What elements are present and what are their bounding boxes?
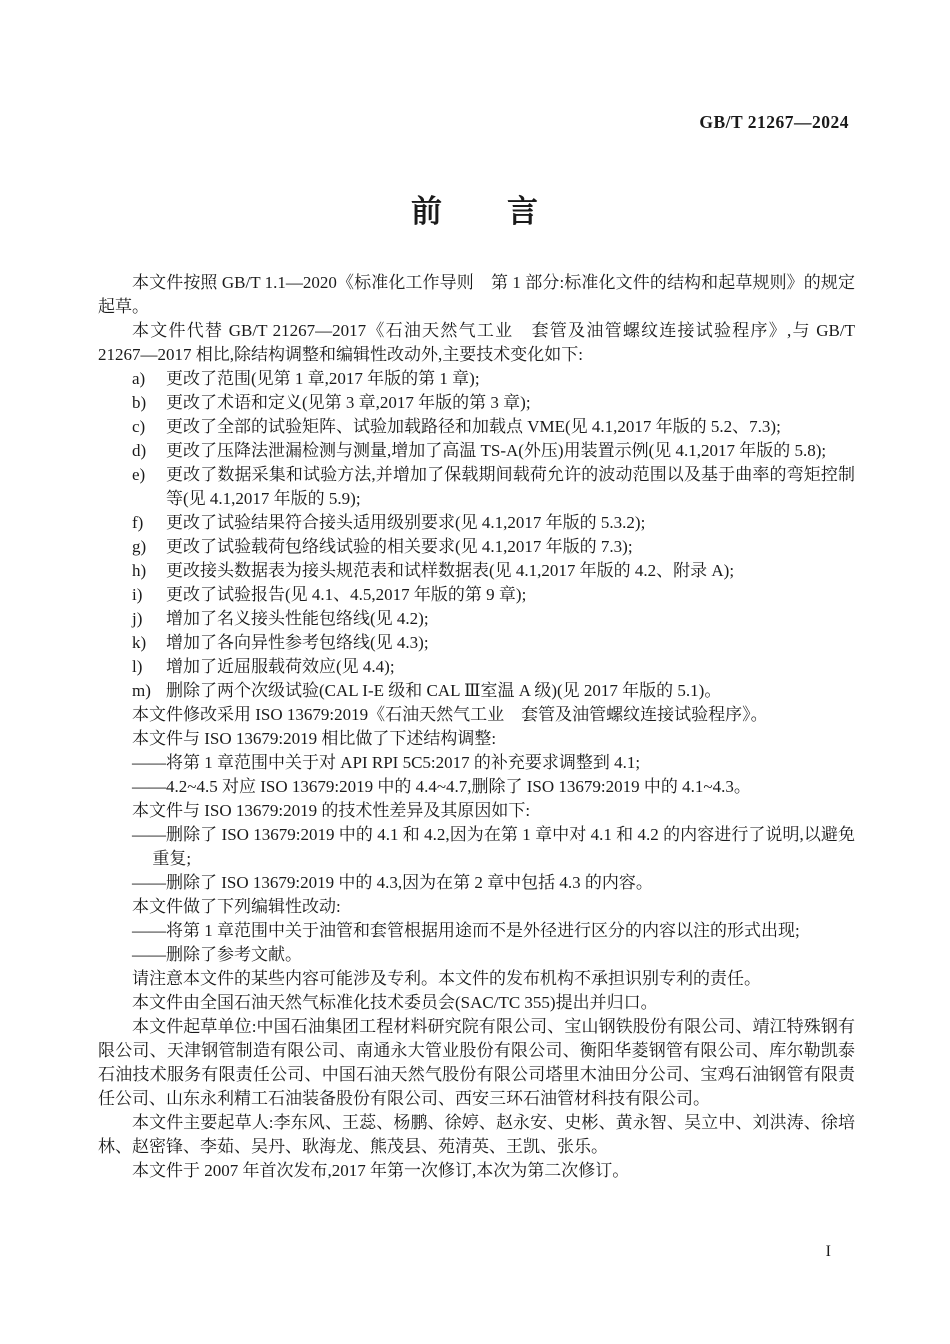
list-text: 增加了各向异性参考包络线(见 4.3); xyxy=(166,631,855,655)
paragraph-replace: 本文件代替 GB/T 21267—2017《石油天然气工业 套管及油管螺纹连接试… xyxy=(98,319,855,367)
list-marker: d) xyxy=(132,439,166,463)
paragraph-drafters: 本文件主要起草人:李东风、王蕊、杨鹏、徐婷、赵永安、史彬、黄永智、吴立中、刘洪涛… xyxy=(98,1111,855,1159)
change-item-i: i) 更改了试验报告(见 4.1、4.5,2017 年版的第 9 章); xyxy=(132,583,855,607)
paragraph-editorial-intro: 本文件做了下列编辑性改动: xyxy=(98,895,855,919)
list-text: 更改了压降法泄漏检测与测量,增加了高温 TS-A(外压)用装置示例(见 4.1,… xyxy=(166,439,855,463)
document-page: GB/T 21267—2024 前 言 本文件按照 GB/T 1.1—2020《… xyxy=(0,0,950,1344)
list-marker: g) xyxy=(132,535,166,559)
change-item-e: e) 更改了数据采集和试验方法,并增加了保载期间载荷允许的波动范围以及基于曲率的… xyxy=(132,463,855,511)
tech-difference-item: ——删除了 ISO 13679:2019 中的 4.1 和 4.2,因为在第 1… xyxy=(98,823,855,871)
paragraph-techdiff-intro: 本文件与 ISO 13679:2019 的技术性差异及其原因如下: xyxy=(98,799,855,823)
paragraph-drafting-organizations: 本文件起草单位:中国石油集团工程材料研究院有限公司、宝山钢铁股份有限公司、靖江特… xyxy=(98,1015,855,1111)
list-text: 更改了全部的试验矩阵、试验加载路径和加载点 VME(见 4.1,2017 年版的… xyxy=(166,415,855,439)
change-item-h: h) 更改接头数据表为接头规范表和试样数据表(见 4.1,2017 年版的 4.… xyxy=(132,559,855,583)
list-text: 更改了范围(见第 1 章,2017 年版的第 1 章); xyxy=(166,367,855,391)
structure-adjustment-item: ——4.2~4.5 对应 ISO 13679:2019 中的 4.4~4.7,删… xyxy=(98,775,855,799)
list-marker: m) xyxy=(132,679,166,703)
change-item-d: d) 更改了压降法泄漏检测与测量,增加了高温 TS-A(外压)用装置示例(见 4… xyxy=(132,439,855,463)
list-text: 更改了试验报告(见 4.1、4.5,2017 年版的第 9 章); xyxy=(166,583,855,607)
paragraph-basis: 本文件按照 GB/T 1.1—2020《标准化工作导则 第 1 部分:标准化文件… xyxy=(98,271,855,319)
change-item-k: k) 增加了各向异性参考包络线(见 4.3); xyxy=(132,631,855,655)
paragraph-patent-notice: 请注意本文件的某些内容可能涉及专利。本文件的发布机构不承担识别专利的责任。 xyxy=(98,967,855,991)
list-marker: a) xyxy=(132,367,166,391)
list-marker: c) xyxy=(132,415,166,439)
change-item-a: a) 更改了范围(见第 1 章,2017 年版的第 1 章); xyxy=(132,367,855,391)
change-item-j: j) 增加了名义接头性能包络线(见 4.2); xyxy=(132,607,855,631)
list-marker: i) xyxy=(132,583,166,607)
change-item-l: l) 增加了近屈服载荷效应(见 4.4); xyxy=(132,655,855,679)
change-item-c: c) 更改了全部的试验矩阵、试验加载路径和加载点 VME(见 4.1,2017 … xyxy=(132,415,855,439)
list-text: 更改了术语和定义(见第 3 章,2017 年版的第 3 章); xyxy=(166,391,855,415)
list-marker: k) xyxy=(132,631,166,655)
list-marker: j) xyxy=(132,607,166,631)
list-text: 更改了数据采集和试验方法,并增加了保载期间载荷允许的波动范围以及基于曲率的弯矩控… xyxy=(166,463,855,511)
change-item-m: m) 删除了两个次级试验(CAL I-E 级和 CAL Ⅲ室温 A 级)(见 2… xyxy=(132,679,855,703)
list-marker: b) xyxy=(132,391,166,415)
list-text: 增加了名义接头性能包络线(见 4.2); xyxy=(166,607,855,631)
list-marker: l) xyxy=(132,655,166,679)
standard-number: GB/T 21267—2024 xyxy=(699,112,849,132)
list-text: 更改了试验载荷包络线试验的相关要求(见 4.1,2017 年版的 7.3); xyxy=(166,535,855,559)
page-title: 前 言 xyxy=(0,186,950,231)
list-text: 删除了两个次级试验(CAL I-E 级和 CAL Ⅲ室温 A 级)(见 2017… xyxy=(166,679,855,703)
tech-difference-item: ——删除了 ISO 13679:2019 中的 4.3,因为在第 2 章中包括 … xyxy=(98,871,855,895)
editorial-change-item: ——删除了参考文献。 xyxy=(98,943,855,967)
list-text: 增加了近屈服载荷效应(见 4.4); xyxy=(166,655,855,679)
list-marker: e) xyxy=(132,463,166,511)
change-item-f: f) 更改了试验结果符合接头适用级别要求(见 4.1,2017 年版的 5.3.… xyxy=(132,511,855,535)
list-text: 更改了试验结果符合接头适用级别要求(见 4.1,2017 年版的 5.3.2); xyxy=(166,511,855,535)
document-header: GB/T 21267—2024 xyxy=(0,112,849,133)
paragraph-structure-intro: 本文件与 ISO 13679:2019 相比做了下述结构调整: xyxy=(98,727,855,751)
paragraph-adopt-iso: 本文件修改采用 ISO 13679:2019《石油天然气工业 套管及油管螺纹连接… xyxy=(98,703,855,727)
foreword-body: 本文件按照 GB/T 1.1—2020《标准化工作导则 第 1 部分:标准化文件… xyxy=(98,271,855,1183)
change-item-b: b) 更改了术语和定义(见第 3 章,2017 年版的第 3 章); xyxy=(132,391,855,415)
paragraph-revision-history: 本文件于 2007 年首次发布,2017 年第一次修订,本次为第二次修订。 xyxy=(98,1159,855,1183)
editorial-change-item: ——将第 1 章范围中关于油管和套管根据用途而不是外径进行区分的内容以注的形式出… xyxy=(98,919,855,943)
list-marker: h) xyxy=(132,559,166,583)
change-item-g: g) 更改了试验载荷包络线试验的相关要求(见 4.1,2017 年版的 7.3)… xyxy=(132,535,855,559)
structure-adjustment-item: ——将第 1 章范围中关于对 API RPI 5C5:2017 的补充要求调整到… xyxy=(98,751,855,775)
list-text: 更改接头数据表为接头规范表和试样数据表(见 4.1,2017 年版的 4.2、附… xyxy=(166,559,855,583)
page-number: I xyxy=(826,1243,831,1261)
list-marker: f) xyxy=(132,511,166,535)
paragraph-committee: 本文件由全国石油天然气标准化技术委员会(SAC/TC 355)提出并归口。 xyxy=(98,991,855,1015)
